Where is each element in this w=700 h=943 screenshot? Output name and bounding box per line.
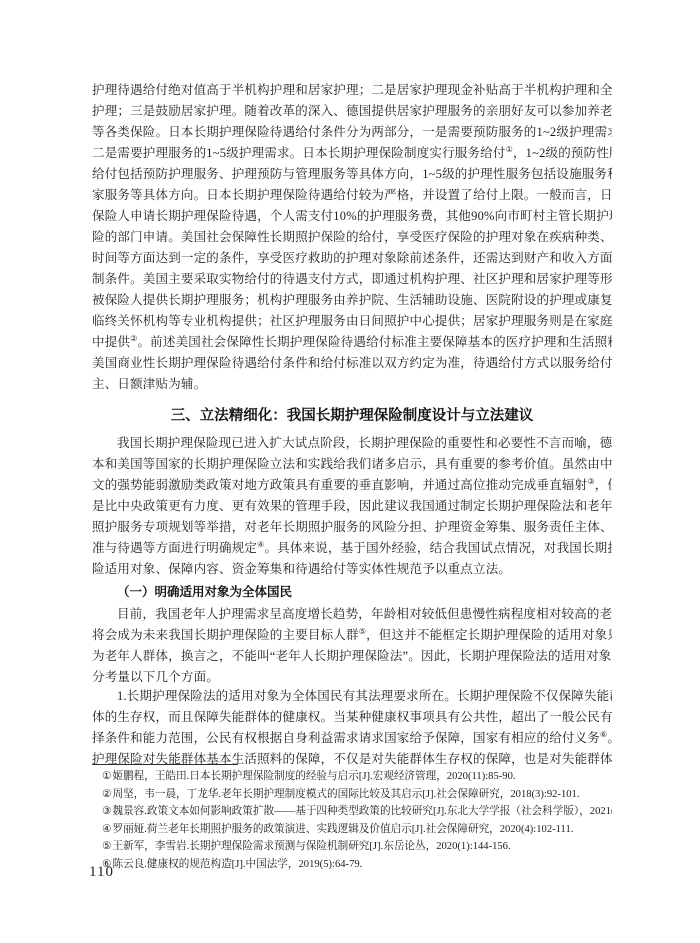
body-text-line: 美国商业性长期护理保险待遇给付条件和给付标准以双方约定为准，待遇给付方式以服务给…	[92, 353, 612, 374]
footnote-line: ①姬鹏程，王皓田.日本长期护理保险制度的经验与启示[J].宏观经济管理，2020…	[92, 768, 612, 786]
body-text-line: 照护服务专项规划等举措，对老年长期照护服务的风险分担、护理资金筹集、服务责任主体…	[92, 517, 612, 538]
section-heading: 三、立法精细化：我国长期护理保险制度设计与立法建议	[92, 404, 612, 428]
footnote-marker: ③	[102, 806, 112, 817]
body-text-line: 险的部门申请。美国社会保障性长期照护保险的给付，享受医疗保险的护理对象在疾病种类…	[92, 227, 612, 248]
body-text-line: 我国长期护理保险现已进入扩大试点阶段，长期护理保险的重要性和必要性不言而喻，德国…	[92, 433, 612, 454]
body-text-line: 护理待遇给付绝对值高于半机构护理和居家护理；二是居家护理现金补贴高于半机构护理和…	[92, 80, 612, 101]
footnote-text: 魏景容.政策文本如何影响政策扩散——基于四种类型政策的比较研究[J].东北大学学…	[113, 806, 613, 817]
body-text-line: 文的强势能弱激励类政策对地方政策具有重要的垂直影响，并通过高位推动完成垂直辐射③…	[92, 475, 612, 496]
body-text-line: 主、日额津贴为辅。	[92, 374, 612, 395]
body-text-line: 制条件。美国主要采取实物给付的待遇支付方式，即通过机构护理、社区护理和居家护理等…	[92, 269, 612, 290]
footnote-marker: ④	[102, 824, 112, 835]
body-text-line: 目前，我国老年人护理需求呈高度增长趋势，年龄相对较低但患慢性病程度相对较高的老年…	[92, 604, 612, 625]
footnote-text: 罗丽娅.荷兰老年长期照护服务的政策演进、实践逻辑及价值启示[J].社会保障研究，…	[113, 824, 574, 835]
body-text-line: 二是需要护理服务的1~5级护理需求。日本长期护理保险制度实行服务给付①，1~2级…	[92, 143, 612, 164]
body-text-line: 被保险人提供长期护理服务；机构护理服务由养护院、生活辅助设施、医院附设的护理或康…	[92, 290, 612, 311]
body-text-line: 临终关怀机构等专业机构提供；社区护理服务由日间照护中心提供；居家护理服务则是在家…	[92, 311, 612, 332]
footnote-line: ④罗丽娅.荷兰老年长期照护服务的政策演进、实践逻辑及价值启示[J].社会保障研究…	[92, 821, 612, 839]
body-text-line: 等各类保险。日本长期护理保险待遇给付条件分为两部分，一是需要预防服务的1~2级护…	[92, 122, 612, 143]
body-text-line: 本和美国等国家的长期护理保险立法和实践给我们诸多启示，具有重要的参考价值。虽然由…	[92, 454, 612, 475]
body-text-line: 护理；三是鼓励居家护理。随着改革的深入、德国提供居家护理服务的亲朋好友可以参加养…	[92, 101, 612, 122]
footnote-text: 王新军，李雪岩.长期护理保险需求预测与保险机制研究[J].东岳论丛，2020(1…	[113, 841, 511, 852]
continued-paragraph: 护理待遇给付绝对值高于半机构护理和居家护理；二是居家护理现金补贴高于半机构护理和…	[92, 80, 612, 395]
page-number: 110	[89, 864, 114, 881]
footnote-line: ③魏景容.政策文本如何影响政策扩散——基于四种类型政策的比较研究[J].东北大学…	[92, 803, 612, 821]
footnote-line: ②周坚，韦一晨，丁龙华.老年长期护理制度模式的国际比较及其启示[J].社会保障研…	[92, 786, 612, 804]
subsection-paragraph-2: 1.长期护理保险法的适用对象为全体国民有其法理要求所在。长期护理保险不仅保障失能…	[92, 686, 612, 770]
body-text-line: 1.长期护理保险法的适用对象为全体国民有其法理要求所在。长期护理保险不仅保障失能…	[92, 686, 612, 707]
subsection-paragraph-1: 目前，我国老年人护理需求呈高度增长趋势，年龄相对较低但患慢性病程度相对较高的老年…	[92, 604, 612, 688]
footnote-separator	[92, 764, 238, 765]
body-text-line: 中提供②。前述美国社会保障性长期护理保险待遇给付标准主要保障基本的医疗护理和生活…	[92, 332, 612, 353]
body-text-line: 将会成为未来我国长期护理保险的主要目标人群⑤，但这并不能框定长期护理保险的适用对…	[92, 625, 612, 646]
body-text-line: 择条件和能力范围，公民有权根据自身利益需求请求国家给予保障，国家有相应的给付义务…	[92, 728, 612, 749]
body-text-line: 家服务等具体方向。日本长期护理保险待遇给付较为严格，并设置了给付上限。一般而言，…	[92, 185, 612, 206]
body-text-line: 给付包括预防护理服务、护理预防与管理服务等具体方向，1~5级的护理性服务包括设施…	[92, 164, 612, 185]
footnote-line: ⑤王新军，李雪岩.长期护理保险需求预测与保险机制研究[J].东岳论丛，2020(…	[92, 838, 612, 856]
document-page: 护理待遇给付绝对值高于半机构护理和居家护理；二是居家护理现金补贴高于半机构护理和…	[0, 0, 700, 943]
footnote-marker: ①	[102, 771, 112, 782]
section-intro-paragraph: 我国长期护理保险现已进入扩大试点阶段，长期护理保险的重要性和必要性不言而喻，德国…	[92, 433, 612, 580]
subsection-heading: （一）明确适用对象为全体国民	[92, 582, 612, 603]
footnote-text: 周坚，韦一晨，丁龙华.老年长期护理制度模式的国际比较及其启示[J].社会保障研究…	[113, 789, 580, 800]
footnote-marker: ②	[102, 789, 112, 800]
body-text-line: 是比中央政策更有力度、更有效果的管理手段，因此建议我国通过制定长期护理保险法和老…	[92, 496, 612, 517]
footnotes-section: ①姬鹏程，王皓田.日本长期护理保险制度的经验与启示[J].宏观经济管理，2020…	[92, 764, 612, 873]
footnote-line: ⑥陈云良.健康权的规范构造[J].中国法学，2019(5):64-79.	[92, 856, 612, 874]
footnote-marker: ⑤	[102, 841, 112, 852]
body-text-line: 保险人申请长期护理保险待遇，个人需支付10%的护理服务费，其他90%向市町村主管…	[92, 206, 612, 227]
body-text-line: 分考量以下几个方面。	[92, 667, 612, 688]
body-text-line: 时间等方面达到一定的条件，享受医疗救助的护理对象除前述条件，还需达到财产和收入方…	[92, 248, 612, 269]
footnote-text: 姬鹏程，王皓田.日本长期护理保险制度的经验与启示[J].宏观经济管理，2020(…	[113, 771, 516, 782]
body-text-line: 险适用对象、保障内容、资金筹集和待遇给付等实体性规范予以重点立法。	[92, 559, 612, 580]
body-text-line: 体的生存权，而且保障失能群体的健康权。当某种健康权事项具有公共性，超出了一般公民…	[92, 707, 612, 728]
body-text-line: 为老年人群体，换言之，不能叫“老年人长期护理保险法”。因此，长期护理保险法的适用…	[92, 646, 612, 667]
footnote-text: 陈云良.健康权的规范构造[J].中国法学，2019(5):64-79.	[113, 859, 363, 870]
body-text-line: 准与待遇等方面进行明确规定④。具体来说，基于国外经验，结合我国试点情况，对我国长…	[92, 538, 612, 559]
